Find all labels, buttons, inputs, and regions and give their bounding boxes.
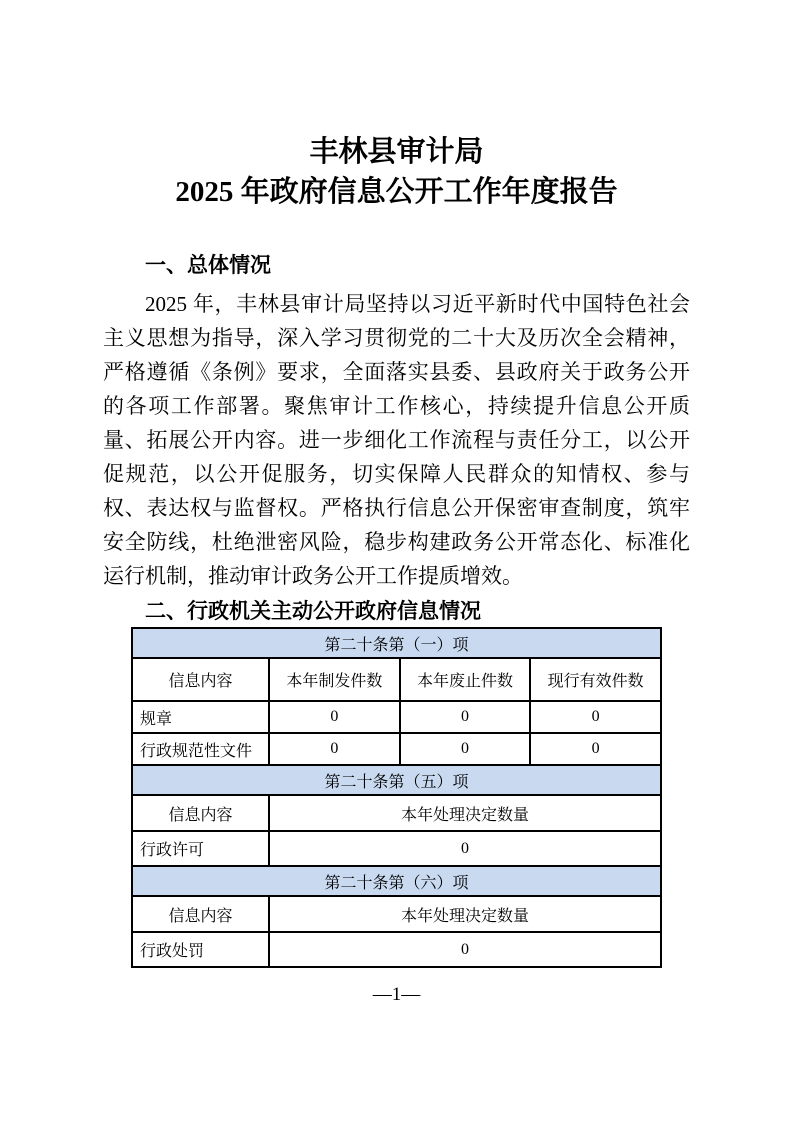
column-header-decisions-count: 本年处理决定数量 xyxy=(269,795,661,831)
cell-value: 0 xyxy=(530,733,661,765)
cell-value: 0 xyxy=(269,831,661,866)
cell-value: 0 xyxy=(530,701,661,733)
column-header-issued-count: 本年制发件数 xyxy=(269,658,400,701)
column-header-info-content: 信息内容 xyxy=(132,795,269,831)
row-label-administrative-license: 行政许可 xyxy=(132,831,269,866)
row-label-administrative-penalty: 行政处罚 xyxy=(132,932,269,967)
table-row-regulations: 规章 0 0 0 xyxy=(132,701,661,733)
table-band-row-article20-1: 第二十条第（一）项 xyxy=(132,628,661,658)
column-header-info-content: 信息内容 xyxy=(132,658,269,701)
page-number: —1— xyxy=(103,982,690,1008)
cell-value: 0 xyxy=(269,733,400,765)
cell-value: 0 xyxy=(269,932,661,967)
table-row-normative-documents: 行政规范性文件 0 0 0 xyxy=(132,733,661,765)
table-header-row: 信息内容 本年处理决定数量 xyxy=(132,795,661,831)
document-title-line-2: 2025 年政府信息公开工作年度报告 xyxy=(95,172,698,212)
cell-value: 0 xyxy=(400,701,531,733)
column-header-decisions-count: 本年处理决定数量 xyxy=(269,896,661,932)
section-overview-heading: 一、总体情况 xyxy=(103,251,690,281)
section-disclosure-heading: 二、行政机关主动公开政府信息情况 xyxy=(103,597,690,627)
table-header-row: 信息内容 本年制发件数 本年废止件数 现行有效件数 xyxy=(132,658,661,701)
document-title-block: 丰林县审计局 2025 年政府信息公开工作年度报告 xyxy=(95,132,698,212)
table-header-row: 信息内容 本年处理决定数量 xyxy=(132,896,661,932)
column-header-info-content: 信息内容 xyxy=(132,896,269,932)
row-label-normative-documents: 行政规范性文件 xyxy=(132,733,269,765)
table-row-administrative-license: 行政许可 0 xyxy=(132,831,661,866)
table-band-row-article20-5: 第二十条第（五）项 xyxy=(132,765,661,795)
column-header-abolished-count: 本年废止件数 xyxy=(400,658,531,701)
cell-value: 0 xyxy=(400,733,531,765)
table-row-administrative-penalty: 行政处罚 0 xyxy=(132,932,661,967)
document-body: 一、总体情况 2025 年，丰林县审计局坚持以习近平新时代中国特色社会主义思想为… xyxy=(103,251,690,1008)
document-title-line-1: 丰林县审计局 xyxy=(95,132,698,172)
table-band-row-article20-6: 第二十条第（六）项 xyxy=(132,866,661,896)
document-page: 丰林县审计局 2025 年政府信息公开工作年度报告 一、总体情况 2025 年，… xyxy=(0,0,793,1122)
disclosure-info-table: 第二十条第（一）项 信息内容 本年制发件数 本年废止件数 现行有效件数 规章 0… xyxy=(131,627,662,968)
row-label-regulations: 规章 xyxy=(132,701,269,733)
table-band-title-article20-6: 第二十条第（六）项 xyxy=(132,866,661,896)
column-header-valid-count: 现行有效件数 xyxy=(530,658,661,701)
table-band-title-article20-5: 第二十条第（五）项 xyxy=(132,765,661,795)
section-overview-paragraph: 2025 年，丰林县审计局坚持以习近平新时代中国特色社会主义思想为指导，深入学习… xyxy=(103,287,690,593)
cell-value: 0 xyxy=(269,701,400,733)
table-band-title-article20-1: 第二十条第（一）项 xyxy=(132,628,661,658)
